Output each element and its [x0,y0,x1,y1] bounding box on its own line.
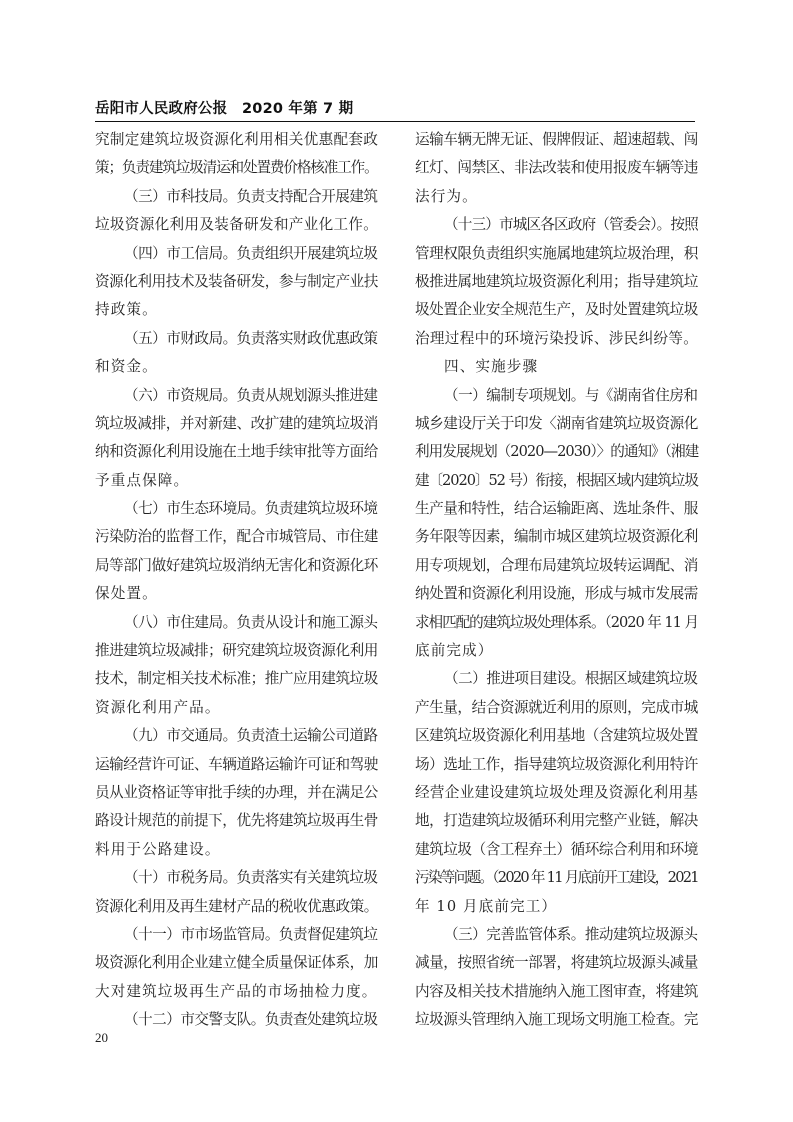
text-line: 圾处置企业安全规范生产，及时处置建筑垃圾 [415,296,698,324]
text-line: 持政策。 [95,296,378,324]
text-line: 内容及相关技术措施纳入施工图审查，将建筑 [415,978,698,1006]
text-line: 和资金。 [95,353,378,381]
text-line: 究制定建筑垃圾资源化利用相关优惠配套政 [95,126,378,154]
text-line: 运输经营许可证、车辆道路运输许可证和驾驶 [95,751,378,779]
text-line: 运输车辆无牌无证、假牌假证、超速超载、闯 [415,126,698,154]
text-line: 红灯、闯禁区、非法改装和使用报废车辆等违 [415,154,698,182]
text-line: 区建筑垃圾资源化利用基地（含建筑垃圾处置 [415,722,698,750]
text-line: 圾资源化利用企业建立健全质量保证体系，加 [95,949,378,977]
text-line: （九）市交通局。负责渣土运输公司道路 [95,722,378,750]
text-line: （六）市资规局。负责从规划源头推进建 [95,382,378,410]
text-line: （七）市生态环境局。负责建筑垃圾环境 [95,495,378,523]
page-number: 20 [95,1030,108,1046]
text-line: 利用发展规划（2020—2030）〉的通知》（湘建 [415,438,698,466]
right-column: 运输车辆无牌无证、假牌假证、超速超载、闯红灯、闯禁区、非法改装和使用报废车辆等违… [415,126,698,1035]
text-line: 地，打造建筑垃圾循环利用完整产业链，解决 [415,807,698,835]
text-line: 求相匹配的建筑垃圾处理体系。（2020 年 11 月 [415,609,698,637]
text-line: 策；负责建筑垃圾清运和处置费价格核准工作。 [95,154,378,182]
text-line: 四、实施步骤 [415,353,698,381]
text-line: 污染防治的监督工作，配合市城管局、市住建 [95,523,378,551]
text-line: 产生量，结合资源就近利用的原则，完成市城 [415,694,698,722]
text-line: 用专项规划，合理布局建筑垃圾转运调配、消 [415,552,698,580]
text-line: （十二）市交警支队。负责查处建筑垃圾 [95,1006,378,1034]
text-line: （八）市住建局。负责从设计和施工源头 [95,609,378,637]
publication-title: 岳阳市人民政府公报 2020 年第 7 期 [95,100,695,118]
text-line: 底前完成） [415,637,698,665]
running-header: 岳阳市人民政府公报 2020 年第 7 期 [95,100,695,122]
left-column: 究制定建筑垃圾资源化利用相关优惠配套政策；负责建筑垃圾清运和处置费价格核准工作。… [95,126,378,1035]
text-line: 筑垃圾减排，并对新建、改扩建的建筑垃圾消 [95,410,378,438]
text-line: 生产量和特性，结合运输距离、选址条件、服 [415,495,698,523]
text-line: （十三）市城区各区政府（管委会）。按照 [415,211,698,239]
text-line: （十）市税务局。负责落实有关建筑垃圾 [95,864,378,892]
text-line: 纳处置和资源化利用设施，形成与城市发展需 [415,580,698,608]
text-line: 保处置。 [95,580,378,608]
text-line: 路设计规范的前提下，优先将建筑垃圾再生骨 [95,807,378,835]
text-line: （一）编制专项规划。与《湖南省住房和 [415,382,698,410]
text-line: 技术，制定相关技术标准；推广应用建筑垃圾 [95,665,378,693]
text-line: 年 10 月底前完工） [415,893,698,921]
text-line: 减量，按照省统一部署，将建筑垃圾源头减量 [415,949,698,977]
text-line: 料用于公路建设。 [95,836,378,864]
text-line: 务年限等因素，编制市城区建筑垃圾资源化利 [415,523,698,551]
text-line: 建筑垃圾（含工程弃土）循环综合利用和环境 [415,836,698,864]
text-line: 纳和资源化利用设施在土地手续审批等方面给 [95,438,378,466]
text-line: 污染等问题。（2020 年 11 月底前开工建设，2021 [415,864,698,892]
text-line: （四）市工信局。负责组织开展建筑垃圾 [95,240,378,268]
text-line: 资源化利用及再生建材产品的税收优惠政策。 [95,893,378,921]
text-line: 治理过程中的环境污染投诉、涉民纠纷等。 [415,325,698,353]
text-line: 资源化利用产品。 [95,694,378,722]
text-line: 管理权限负责组织实施属地建筑垃圾治理，积 [415,240,698,268]
text-line: 予重点保障。 [95,467,378,495]
text-line: 法行为。 [415,183,698,211]
text-line: 局等部门做好建筑垃圾消纳无害化和资源化环 [95,552,378,580]
text-line: 推进建筑垃圾减排；研究建筑垃圾资源化利用 [95,637,378,665]
text-line: 经营企业建设建筑垃圾处理及资源化利用基 [415,779,698,807]
text-line: 垃圾资源化利用及装备研发和产业化工作。 [95,211,378,239]
text-line: 垃圾源头管理纳入施工现场文明施工检查。完 [415,1006,698,1034]
text-line: 城乡建设厅关于印发〈湖南省建筑垃圾资源化 [415,410,698,438]
text-line: 大对建筑垃圾再生产品的市场抽检力度。 [95,978,378,1006]
text-line: 场）选址工作，指导建筑垃圾资源化利用特许 [415,751,698,779]
text-line: 建〔2020〕52 号）衔接，根据区域内建筑垃圾 [415,467,698,495]
text-line: （十一）市市场监管局。负责督促建筑垃 [95,921,378,949]
text-line: 极推进属地建筑垃圾资源化利用；指导建筑垃 [415,268,698,296]
text-line: 资源化利用技术及装备研发，参与制定产业扶 [95,268,378,296]
text-line: （五）市财政局。负责落实财政优惠政策 [95,325,378,353]
text-line: （二）推进项目建设。根据区域建筑垃圾 [415,665,698,693]
text-line: （三）完善监管体系。推动建筑垃圾源头 [415,921,698,949]
text-line: 员从业资格证等审批手续的办理，并在满足公 [95,779,378,807]
text-line: （三）市科技局。负责支持配合开展建筑 [95,183,378,211]
